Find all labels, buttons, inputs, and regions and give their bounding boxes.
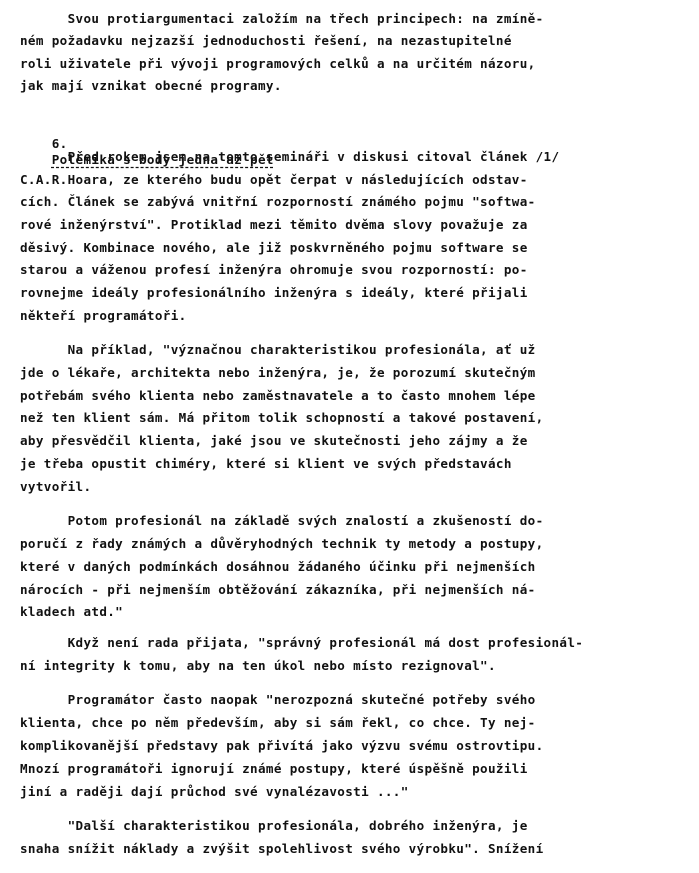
- text-line: Svou protiargumentaci založím na třech p…: [20, 11, 544, 27]
- text-line: které v daných podmínkách dosáhnou žádan…: [20, 559, 536, 575]
- text-line: Před rokem jsem na tomto semináři v disk…: [20, 149, 559, 165]
- text-line: Mnozí programátoři ignorují známé postup…: [20, 761, 528, 777]
- text-line: je třeba opustit chiméry, které si klien…: [20, 456, 512, 472]
- text-line: poručí z řady známých a důvěryhodných te…: [20, 536, 544, 552]
- text-line: kladech atd.": [20, 604, 123, 620]
- text-line: "Další charakteristikou profesionála, do…: [20, 818, 528, 834]
- text-line: ní integrity k tomu, aby na ten úkol neb…: [20, 658, 496, 674]
- text-line: snaha snížit náklady a zvýšit spolehlivo…: [20, 841, 544, 857]
- text-line: někteří programátoři.: [20, 308, 187, 324]
- text-line: Když není rada přijata, "správný profesi…: [20, 635, 583, 651]
- text-line: komplikovanější představy pak přivítá ja…: [20, 738, 544, 754]
- text-line: jiní a raději dají průchod své vynalézav…: [20, 784, 409, 800]
- text-line: starou a váženou profesí inženýra ohromu…: [20, 262, 528, 278]
- text-line: aby přesvědčil klienta, jaké jsou ve sku…: [20, 433, 528, 449]
- text-line: děsivý. Kombinace nového, ale již poskvr…: [20, 240, 528, 256]
- text-line: jde o lékaře, architekta nebo inženýra, …: [20, 365, 536, 381]
- text-line: Potom profesionál na základě svých znalo…: [20, 513, 544, 529]
- text-line: než ten klient sám. Má přitom tolik scho…: [20, 410, 544, 426]
- text-line: rovnejme ideály profesionálního inženýra…: [20, 285, 528, 301]
- text-line: jak mají vznikat obecné programy.: [20, 78, 282, 94]
- text-line: potřebám svého klienta nebo zaměstnavate…: [20, 388, 536, 404]
- typewritten-page: Svou protiargumentaci založím na třech p…: [0, 0, 699, 873]
- text-line: Na příklad, "význačnou charakteristikou …: [20, 342, 536, 358]
- text-line: vytvořil.: [20, 479, 91, 495]
- text-line: rové inženýrství". Protiklad mezi těmito…: [20, 217, 528, 233]
- text-line: cích. Článek se zabývá vnitřní rozpornos…: [20, 194, 536, 210]
- text-line: nárocích - při nejmenším obtěžování záka…: [20, 582, 536, 598]
- text-line: ném požadavku nejzazší jednoduchosti řeš…: [20, 33, 512, 49]
- text-line: Programátor často naopak "nerozpozná sku…: [20, 692, 536, 708]
- text-line: C.A.R.Hoara, ze kterého budu opět čerpat…: [20, 172, 528, 188]
- text-line: klienta, chce po něm především, aby si s…: [20, 715, 536, 731]
- text-line: roli uživatele při vývoji programových c…: [20, 56, 536, 72]
